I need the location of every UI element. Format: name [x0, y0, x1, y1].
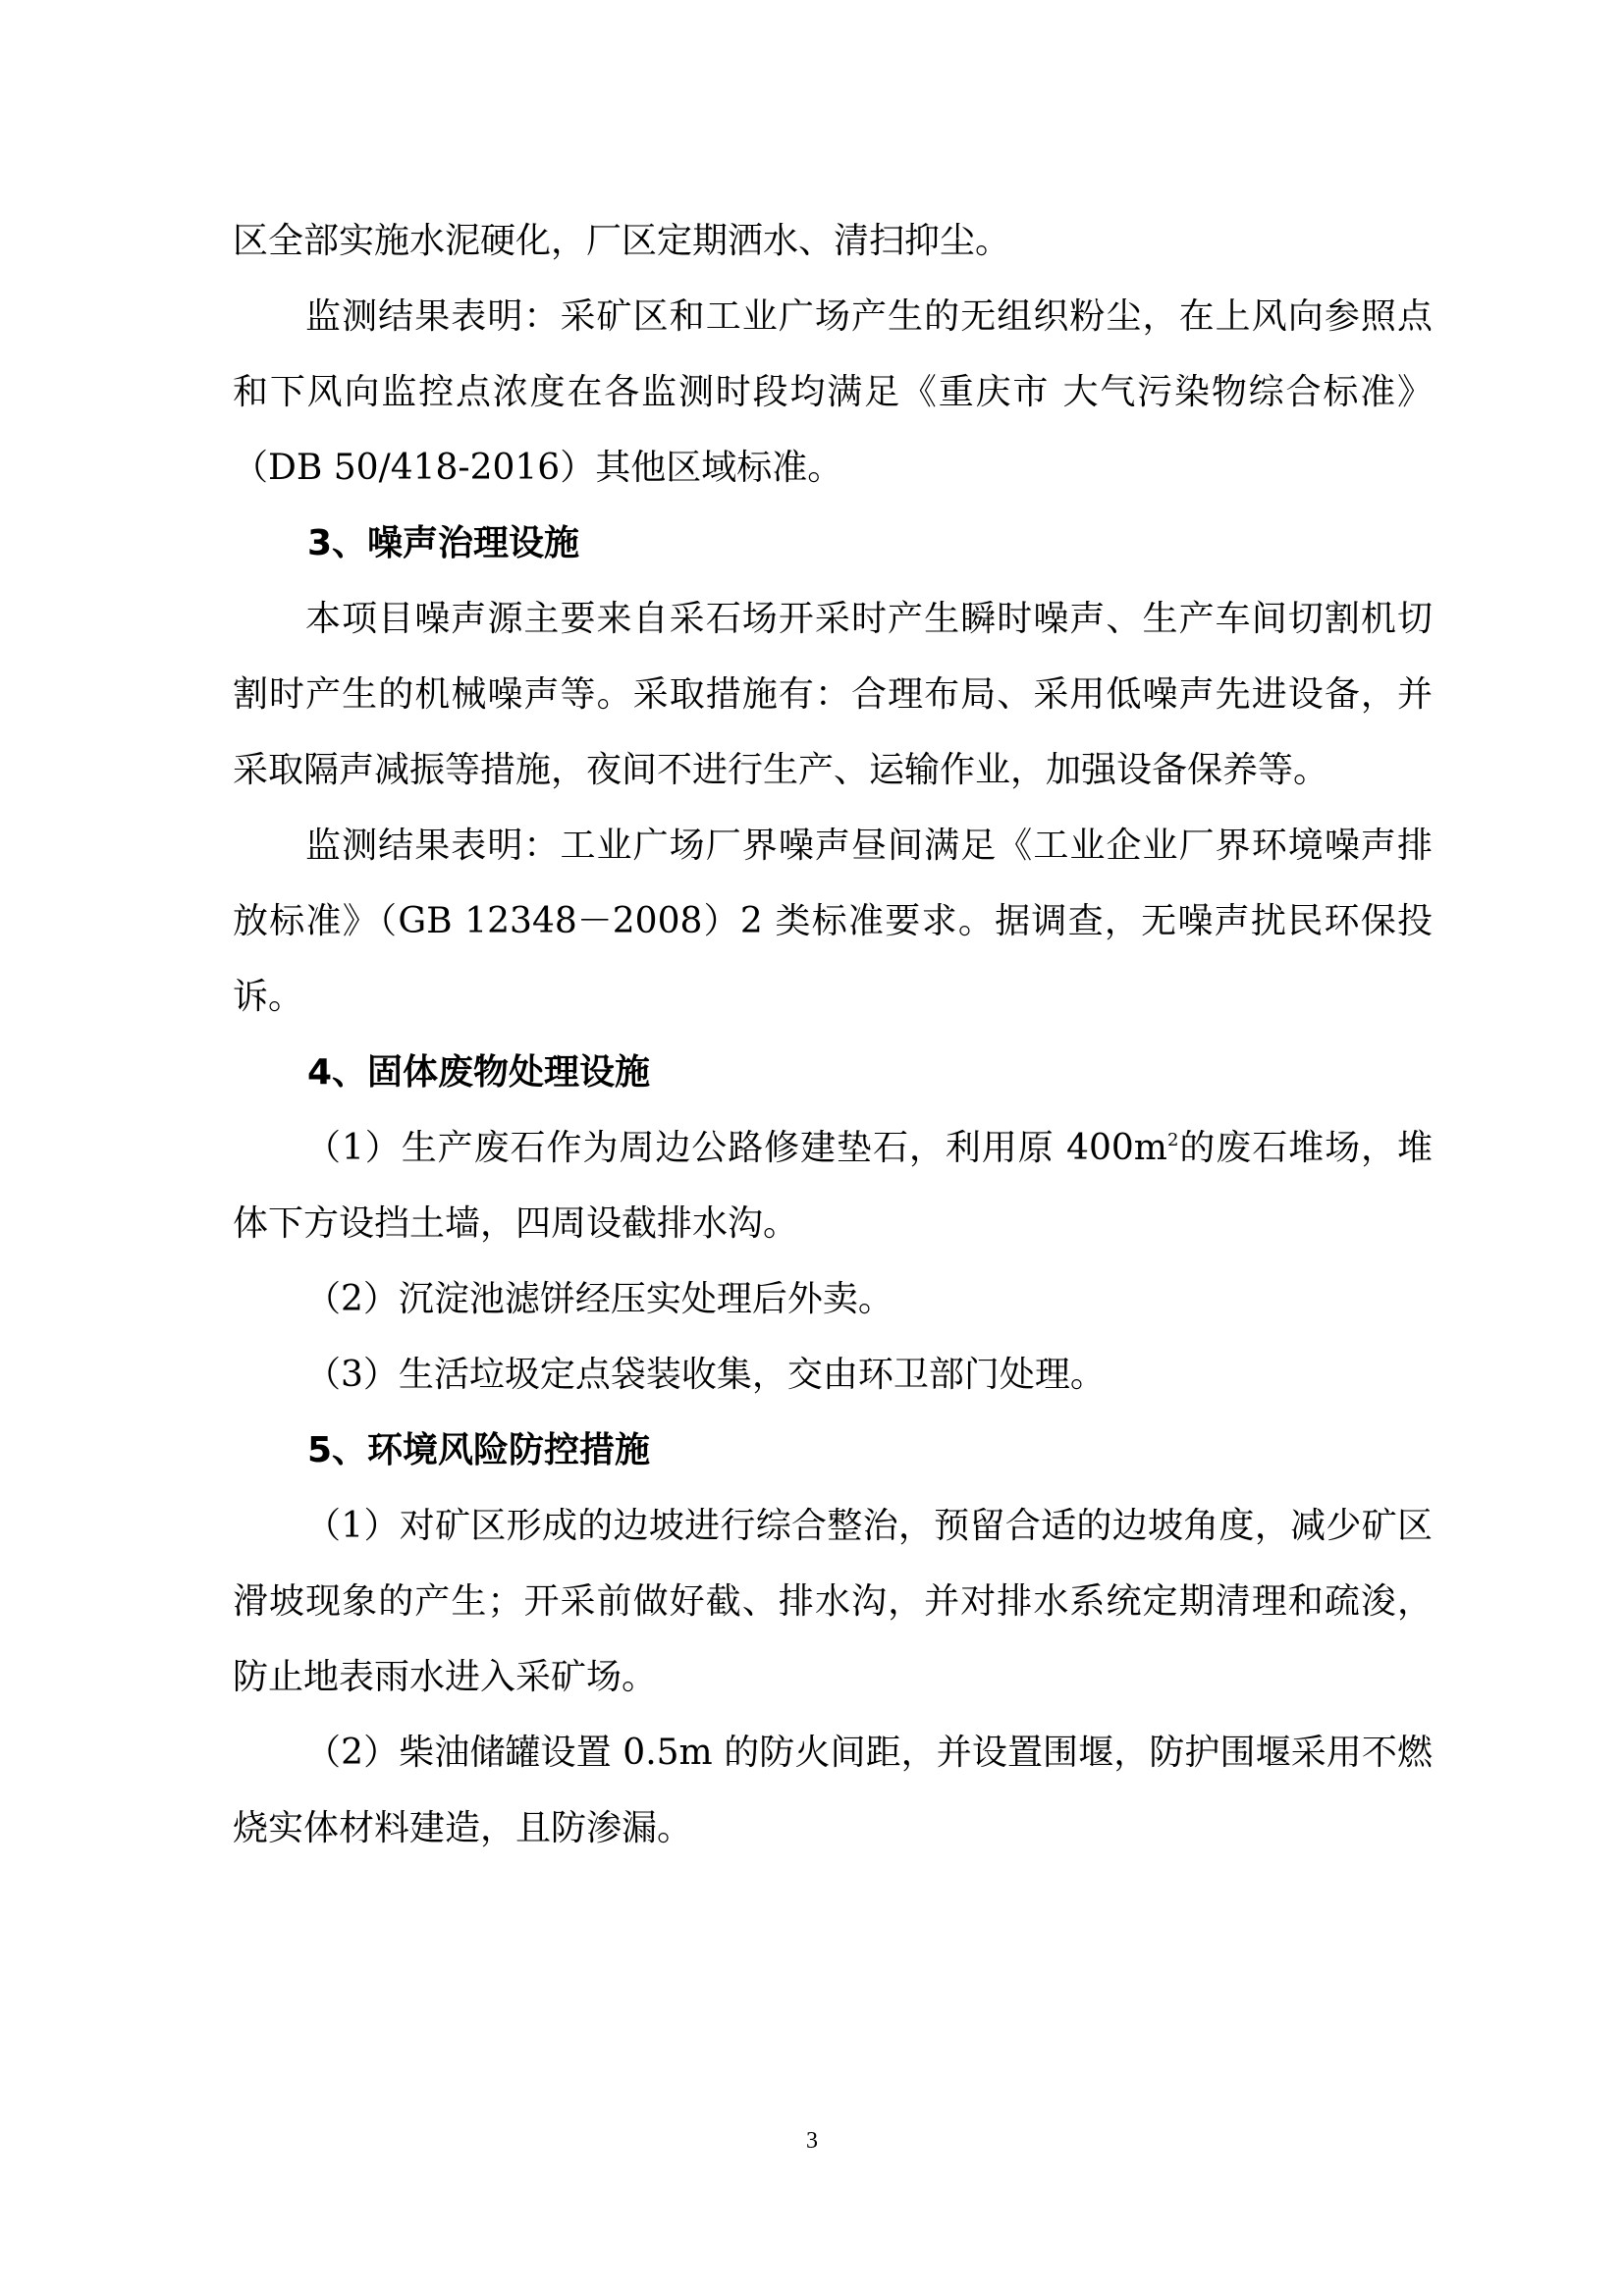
paragraph-dust-control-continuation: 区全部实施水泥硬化，厂区定期洒水、清扫抑尘。 — [233, 203, 1433, 279]
section-heading-environmental-risk: 5、环境风险防控措施 — [233, 1413, 1433, 1488]
area-unit-superscript: 2 — [1167, 1130, 1178, 1150]
paragraph-domestic-garbage: （3）生活垃圾定点袋装收集，交由环卫部门处理。 — [233, 1337, 1433, 1413]
waste-rock-text-before: （1）生产废石作为周边公路修建垫石，利用原 400m — [305, 1128, 1167, 1168]
paragraph-noise-sources: 本项目噪声源主要来自采石场开采时产生瞬时噪声、生产车间切割机切割时产生的机械噪声… — [233, 581, 1433, 808]
paragraph-diesel-tank: （2）柴油储罐设置 0.5m 的防火间距，并设置围堰，防护围堰采用不燃烧实体材料… — [233, 1715, 1433, 1866]
section-heading-noise-control: 3、噪声治理设施 — [233, 506, 1433, 581]
paragraph-noise-monitoring-result: 监测结果表明：工业广场厂界噪声昼间满足《工业企业厂界环境噪声排放标准》（GB 1… — [233, 808, 1433, 1035]
section-heading-solid-waste: 4、固体废物处理设施 — [233, 1035, 1433, 1110]
paragraph-filter-cake: （2）沉淀池滤饼经压实处理后外卖。 — [233, 1261, 1433, 1337]
document-page: 区全部实施水泥硬化，厂区定期洒水、清扫抑尘。 监测结果表明：采矿区和工业广场产生… — [0, 0, 1624, 2296]
page-body: 区全部实施水泥硬化，厂区定期洒水、清扫抑尘。 监测结果表明：采矿区和工业广场产生… — [233, 203, 1433, 1866]
paragraph-waste-rock: （1）生产废石作为周边公路修建垫石，利用原 400m2的废石堆场，堆体下方设挡土… — [233, 1110, 1433, 1261]
paragraph-dust-monitoring-result: 监测结果表明：采矿区和工业广场产生的无组织粉尘，在上风向参照点和下风向监控点浓度… — [233, 279, 1433, 506]
paragraph-slope-management: （1）对矿区形成的边坡进行综合整治，预留合适的边坡角度，减少矿区滑坡现象的产生；… — [233, 1488, 1433, 1715]
page-number: 3 — [0, 2128, 1624, 2155]
